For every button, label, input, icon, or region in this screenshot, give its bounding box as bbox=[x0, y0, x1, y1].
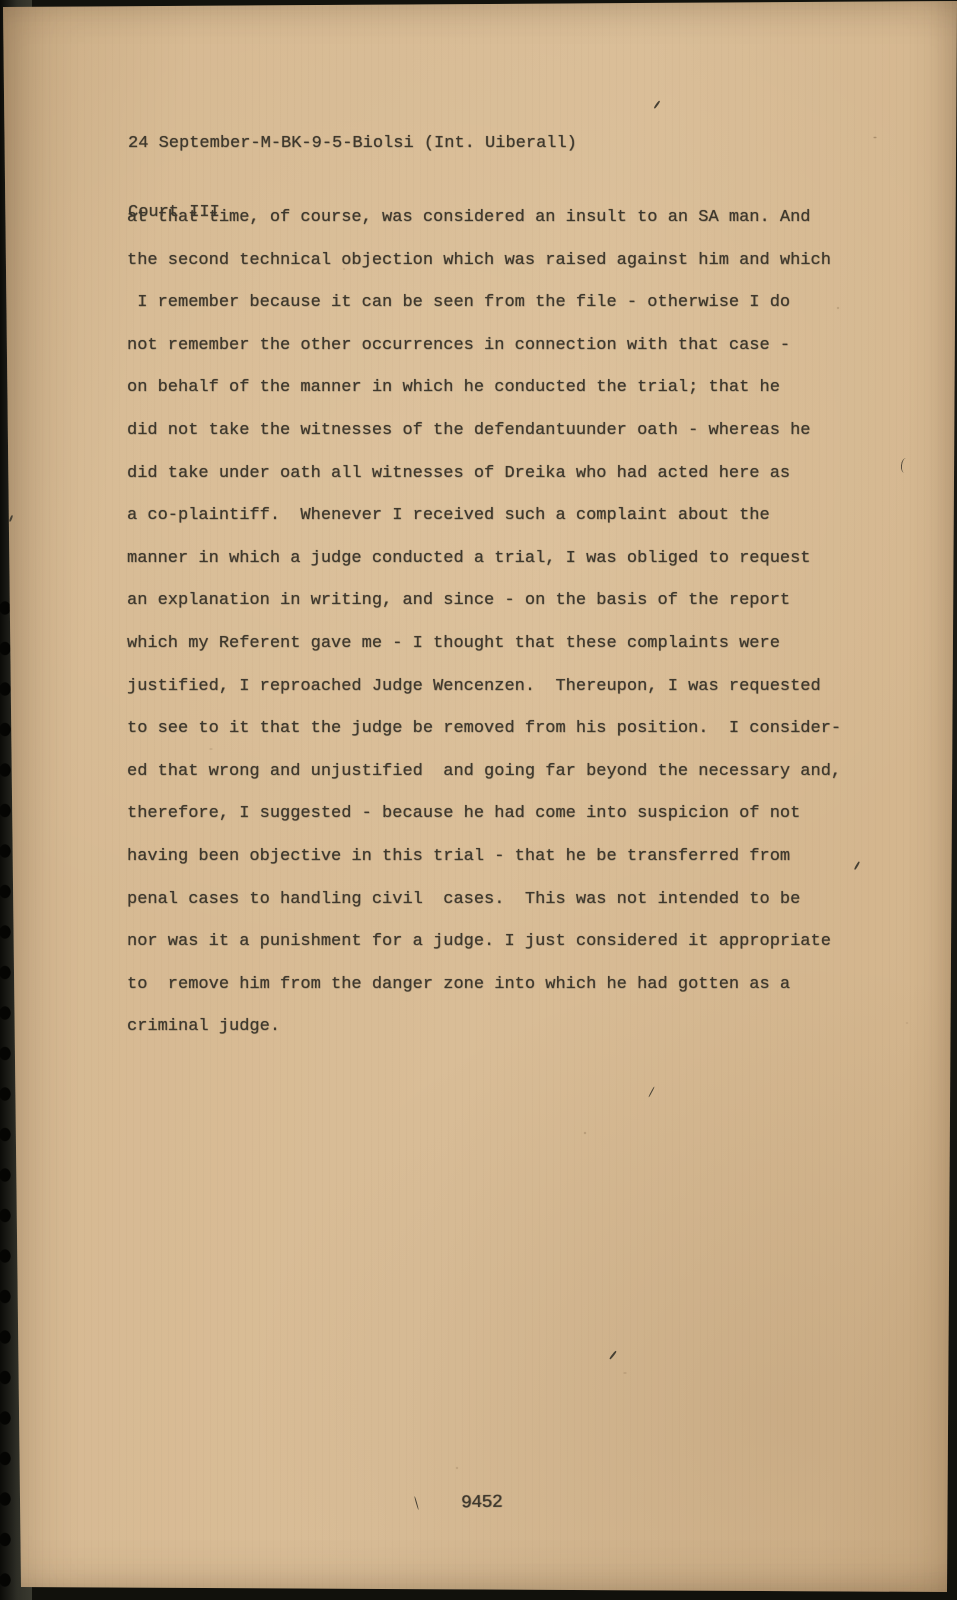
document-body: at that time, of course, was considered … bbox=[127, 197, 841, 1049]
typed-line-11: which my Referent gave me - I thought th… bbox=[127, 623, 841, 666]
stray-mark bbox=[609, 1351, 616, 1360]
typed-line-18: nor was it a punishment for a judge. I j… bbox=[127, 921, 841, 964]
scan-background: 24 September-M-BK-9-5-Biolsi (Int. Uiber… bbox=[0, 0, 957, 1600]
typed-line-2: the second technical objection which was… bbox=[127, 240, 841, 283]
typed-line-17: penal cases to handling civil cases. Thi… bbox=[127, 879, 841, 922]
typed-line-19: to remove him from the danger zone into … bbox=[127, 964, 841, 1007]
typed-line-9: manner in which a judge conducted a tria… bbox=[127, 538, 841, 581]
stray-mark bbox=[900, 458, 909, 474]
document-page: 24 September-M-BK-9-5-Biolsi (Int. Uiber… bbox=[0, 0, 957, 1600]
typed-line-16: having been objective in this trial - th… bbox=[127, 836, 841, 879]
typed-line-7: did take under oath all witnesses of Dre… bbox=[127, 453, 841, 496]
typed-line-13: to see to it that the judge be removed f… bbox=[127, 708, 841, 751]
typed-line-8: a co-plaintiff. Whenever I received such… bbox=[127, 495, 841, 538]
stray-mark bbox=[854, 861, 860, 870]
typed-line-6: did not take the witnesses of the defend… bbox=[127, 410, 841, 453]
typed-line-15: therefore, I suggested - because he had … bbox=[127, 793, 841, 836]
typed-line-1: at that time, of course, was considered … bbox=[127, 197, 841, 240]
stray-mark bbox=[414, 1496, 419, 1510]
typed-line-14: ed that wrong and unjustified and going … bbox=[127, 751, 841, 794]
typed-line-5: on behalf of the manner in which he cond… bbox=[127, 367, 841, 410]
page-number: 9452 bbox=[461, 1493, 503, 1514]
stray-mark bbox=[9, 515, 14, 522]
typed-line-4: not remember the other occurrences in co… bbox=[127, 325, 841, 368]
stray-mark bbox=[648, 1086, 655, 1097]
header-line-1: 24 September-M-BK-9-5-Biolsi (Int. Uiber… bbox=[128, 132, 577, 155]
typed-line-12: justified, I reproached Judge Wencenzen.… bbox=[127, 666, 841, 709]
stray-mark bbox=[654, 100, 660, 108]
typed-line-3: I remember because it can be seen from t… bbox=[127, 282, 841, 325]
typed-line-20: criminal judge. bbox=[127, 1006, 841, 1049]
typed-line-10: an explanation in writing, and since - o… bbox=[127, 580, 841, 623]
